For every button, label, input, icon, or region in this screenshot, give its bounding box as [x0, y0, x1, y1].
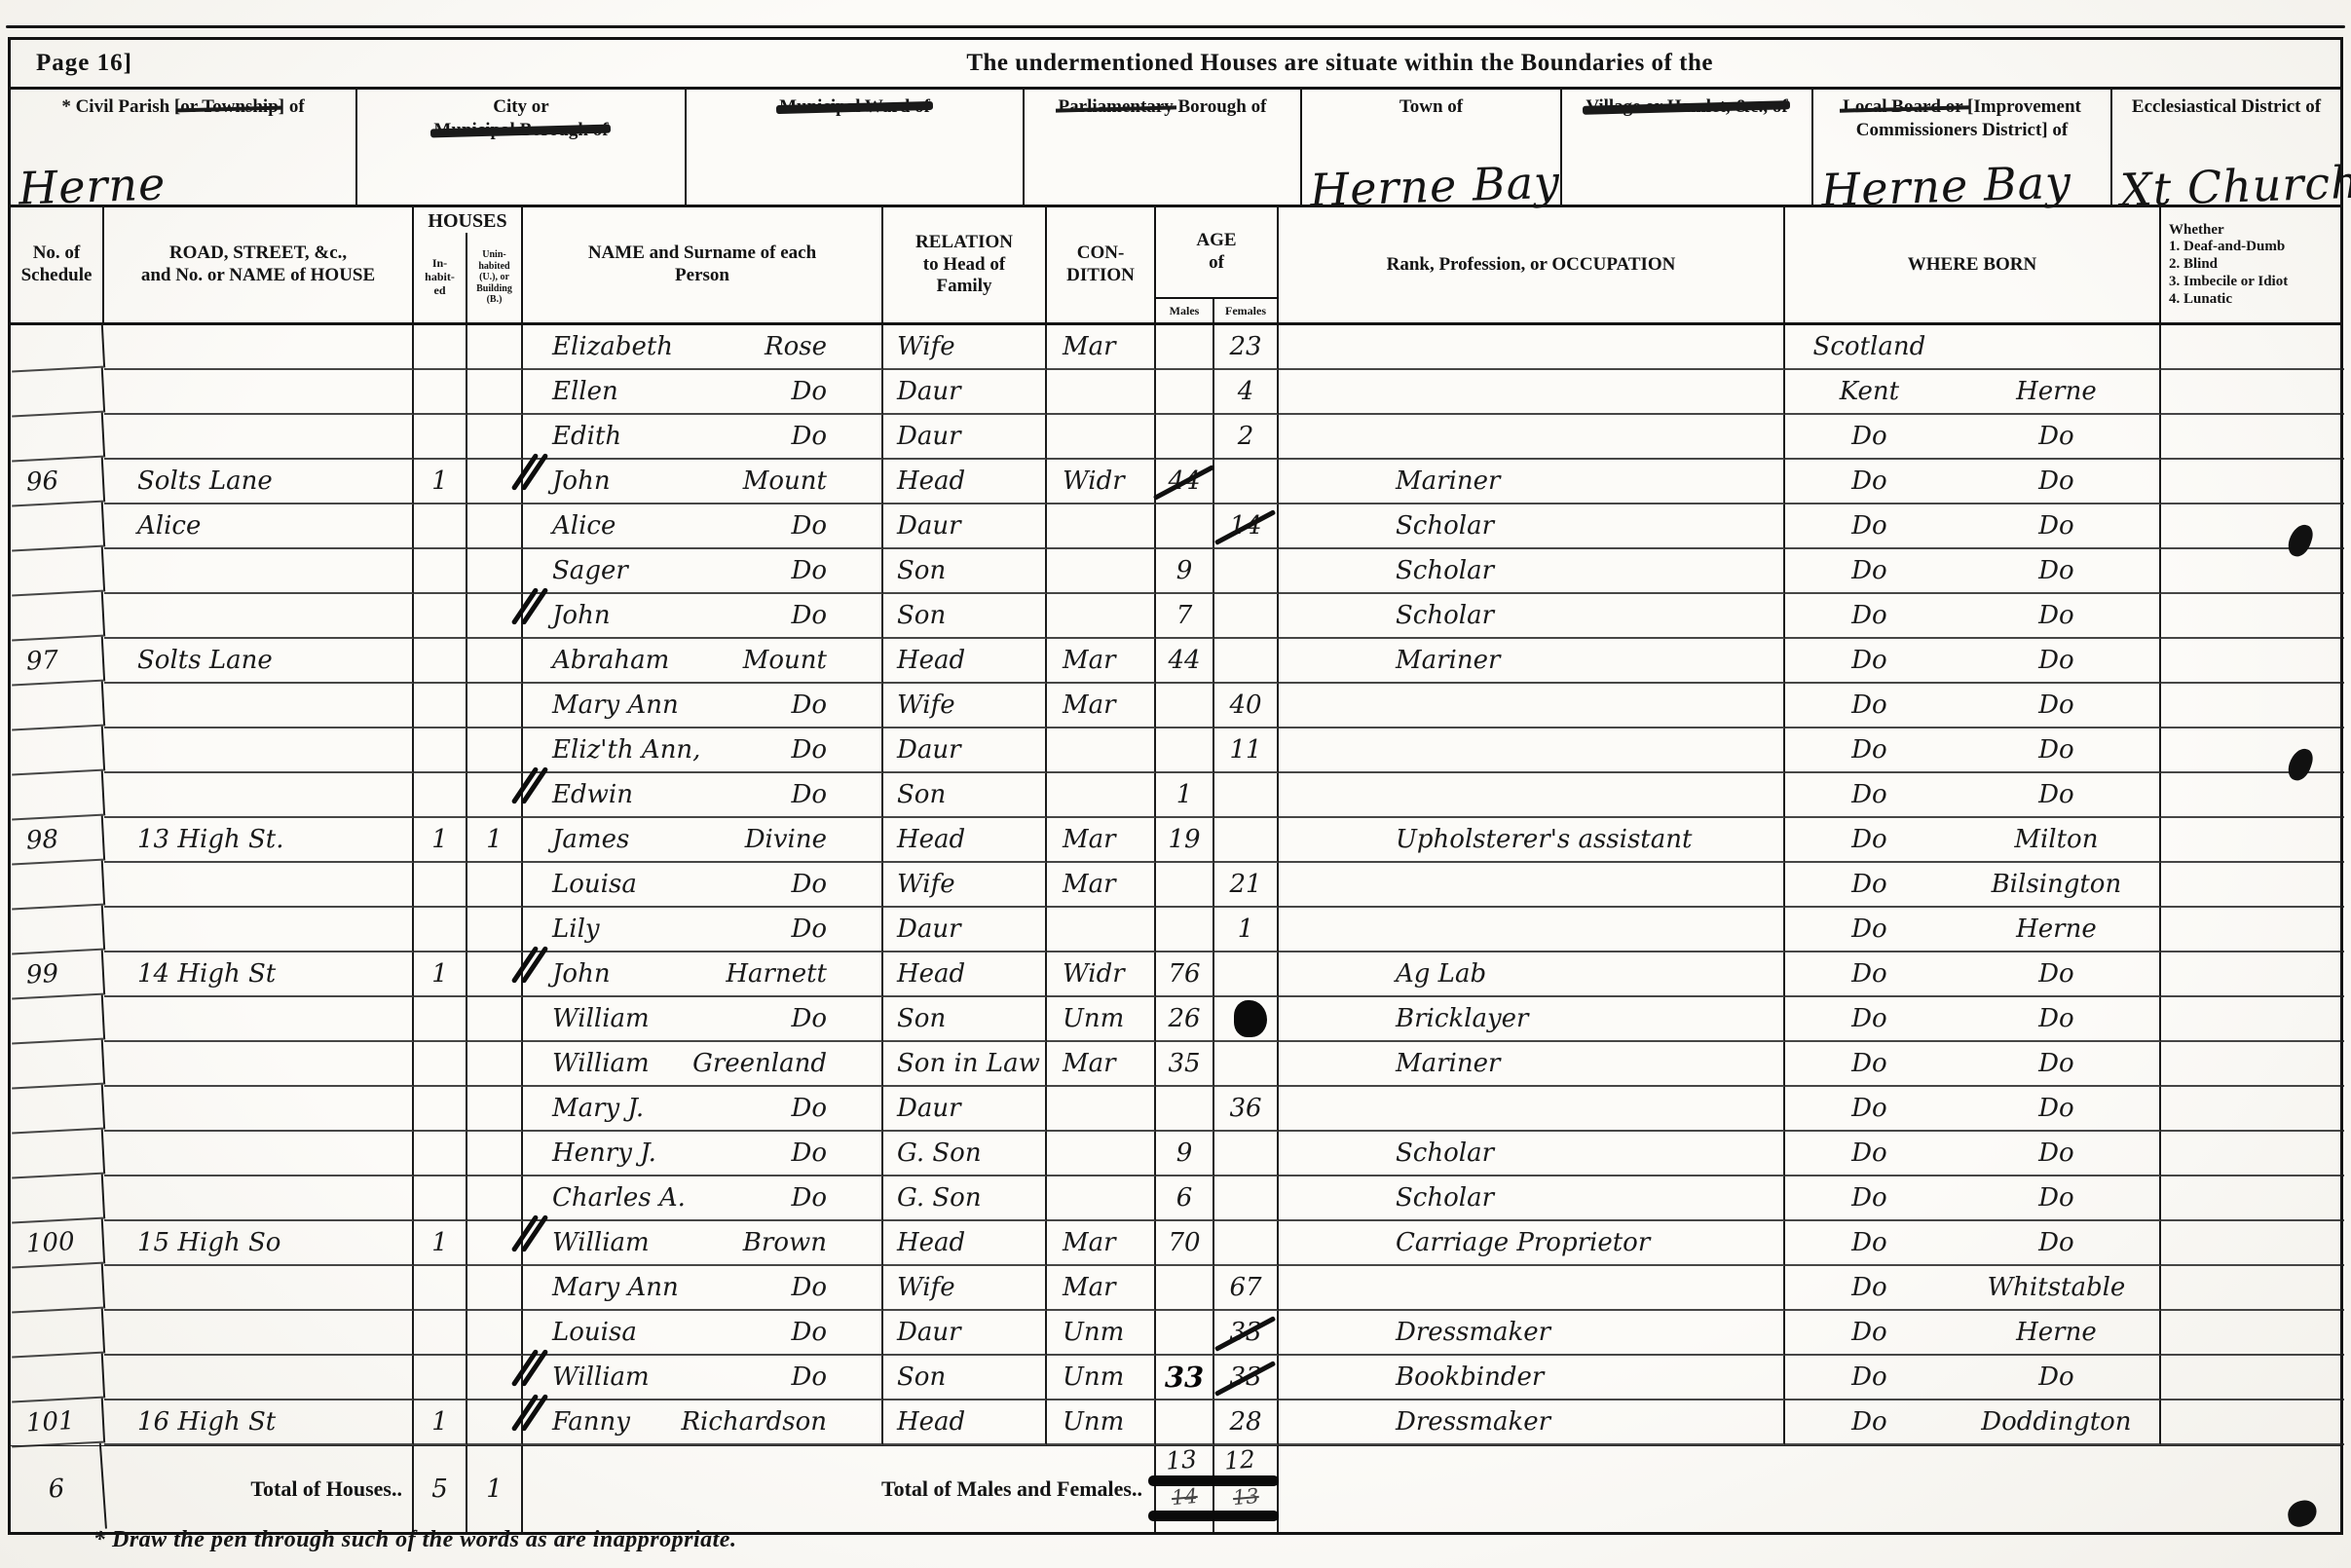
born-county: Do: [1785, 511, 1954, 541]
where-born: Do Herne: [1785, 1311, 2161, 1356]
table-row: 96 Solts Lane 1 John Mount Head Widr 44: [11, 460, 2340, 504]
born-county: Do: [1785, 422, 1954, 451]
page-number-label: Page 16]: [11, 50, 132, 77]
surname-or-ditto: Mount: [743, 467, 827, 496]
condition: [1047, 370, 1156, 415]
occupation: Mariner: [1279, 639, 1785, 684]
forename: William: [552, 1228, 650, 1257]
inhabited-mark: [414, 639, 467, 684]
table-row: Charles A. Do G. Son 6 Scholar Do Do: [11, 1176, 2340, 1221]
table-row: Mary Ann Do Wife Mar 67 Do Whitstable: [11, 1266, 2340, 1311]
table-row: 97 Solts Lane Abraham Mount Head Mar 44: [11, 639, 2340, 684]
road-name: [104, 415, 414, 460]
schedule-number: [10, 368, 105, 418]
relation-to-head: Son: [883, 1356, 1047, 1400]
age-females: 2: [1214, 415, 1279, 460]
schedule-number: [10, 413, 105, 463]
uninhabited-mark: [467, 1266, 523, 1311]
col-header-infirmities: Whether 1. Deaf-and-Dumb 2. Blind 3. Imb…: [2161, 207, 2344, 322]
person-name: Sager Do: [523, 549, 883, 594]
uninhabited-mark: [467, 1087, 523, 1132]
surname-or-ditto: Greenland: [692, 1049, 827, 1078]
inhabited-mark: [414, 1042, 467, 1087]
person-name: Eliz'th Ann, Do: [523, 728, 883, 773]
surname-or-ditto: Rose: [765, 332, 827, 361]
uninhabited-mark: [467, 325, 523, 370]
table-row: John Do Son 7 Scholar Do Do: [11, 594, 2340, 639]
occupation: Scholar: [1279, 594, 1785, 639]
total-houses-label: Total of Houses..: [104, 1446, 414, 1532]
age-females: [1214, 1221, 1279, 1266]
road-name: [104, 684, 414, 728]
inhabited-mark: [414, 773, 467, 818]
infirmities-cell: [2161, 1042, 2344, 1087]
forename: Mary J.: [552, 1094, 644, 1123]
schedule-number: [10, 1264, 105, 1314]
where-born: Do Milton: [1785, 818, 2161, 863]
condition: Mar: [1047, 1221, 1156, 1266]
where-born: Scotland: [1785, 325, 2161, 370]
uninhabited-mark: [467, 549, 523, 594]
inhabited-mark: [414, 997, 467, 1042]
person-name: William Do: [523, 1356, 883, 1400]
age-females: 33: [1214, 1356, 1279, 1400]
relation-to-head: G. Son: [883, 1132, 1047, 1176]
born-place: Do: [1954, 422, 2159, 451]
person-name: Mary Ann Do: [523, 684, 883, 728]
where-born: Do Do: [1785, 1356, 2161, 1400]
inhabited-mark: [414, 594, 467, 639]
uninhabited-mark: [467, 370, 523, 415]
uninhabited-mark: [467, 1400, 523, 1445]
improvement-district-value: Herne Bay: [1820, 156, 2072, 217]
road-name: 13 High St.: [104, 818, 414, 863]
born-place: Do: [1954, 1139, 2159, 1168]
inhabited-mark: [414, 684, 467, 728]
forename: Henry J.: [552, 1139, 656, 1168]
born-county: Do: [1785, 915, 1954, 944]
condition: Unm: [1047, 1311, 1156, 1356]
inhabited-mark: [414, 1356, 467, 1400]
infirmities-cell: [2161, 1266, 2344, 1311]
age-males: 70: [1156, 1221, 1214, 1266]
born-place: Herne: [1954, 1318, 2159, 1347]
occupation: [1279, 1087, 1785, 1132]
where-born: Kent Herne: [1785, 370, 2161, 415]
forename: Elizabeth: [552, 332, 673, 361]
schedule-number: 100: [10, 1219, 105, 1269]
table-row: William Do Son Unm 33 33 Bookbinder Do D…: [11, 1356, 2340, 1400]
header-field-village: Village or Hamlet, &c., of: [1562, 90, 1813, 205]
relation-to-head: Wife: [883, 684, 1047, 728]
condition: [1047, 504, 1156, 549]
person-name: William Greenland: [523, 1042, 883, 1087]
table-row: 98 13 High St. 1 1 James Divine Head Mar…: [11, 818, 2340, 863]
header-field-civil-parish: * Civil Parish [or Township] of Herne: [11, 90, 357, 205]
born-place: Whitstable: [1954, 1273, 2159, 1302]
col-header-condition: CON- DITION: [1047, 207, 1156, 322]
inhabited-mark: 1: [414, 460, 467, 504]
person-name: Edwin Do: [523, 773, 883, 818]
occupation: [1279, 1266, 1785, 1311]
relation-to-head: Head: [883, 1221, 1047, 1266]
surname-or-ditto: Do: [792, 556, 828, 585]
relation-to-head: Wife: [883, 1266, 1047, 1311]
infirmities-cell: [2161, 1400, 2344, 1445]
form-footnote: * Draw the pen through such of the words…: [93, 1527, 736, 1553]
relation-to-head: Head: [883, 460, 1047, 504]
condition: Mar: [1047, 684, 1156, 728]
surname-or-ditto: Do: [792, 1004, 828, 1033]
where-born: Do Bilsington: [1785, 863, 2161, 908]
schedule-number: [10, 727, 105, 776]
infirmities-cell: [2161, 1087, 2344, 1132]
born-county: Kent: [1785, 377, 1954, 406]
uninhabited-mark: [467, 773, 523, 818]
forename: Charles A.: [552, 1183, 686, 1213]
born-county: Do: [1785, 1318, 1954, 1347]
corner-ink-blot: [2286, 1498, 2320, 1529]
occupation: Scholar: [1279, 549, 1785, 594]
relation-to-head: Daur: [883, 415, 1047, 460]
condition: Unm: [1047, 1400, 1156, 1445]
inhabited-mark: [414, 504, 467, 549]
where-born: Do Do: [1785, 1132, 2161, 1176]
born-county: Do: [1785, 735, 1954, 765]
condition: [1047, 415, 1156, 460]
table-row: Mary Ann Do Wife Mar 40 Do Do: [11, 684, 2340, 728]
infirmities-cell: [2161, 952, 2344, 997]
uninhabited-mark: [467, 1176, 523, 1221]
table-row: William Greenland Son in Law Mar 35 Mari…: [11, 1042, 2340, 1087]
forename: Louisa: [552, 1318, 637, 1347]
forename: Eliz'th Ann,: [552, 735, 700, 765]
age-males: 9: [1156, 549, 1214, 594]
table-row: Lily Do Daur 1 Do Herne: [11, 908, 2340, 952]
born-place: Do: [1954, 511, 2159, 541]
table-row: Alice Alice Do Daur 14 Scholar: [11, 504, 2340, 549]
born-county: Do: [1785, 870, 1954, 899]
infirmities-cell: [2161, 773, 2344, 818]
road-name: [104, 728, 414, 773]
schedule-number: [10, 323, 105, 373]
age-females: 4: [1214, 370, 1279, 415]
occupation: Upholsterer's assistant: [1279, 818, 1785, 863]
person-name: Abraham Mount: [523, 639, 883, 684]
age-males: [1156, 415, 1214, 460]
person-name: Henry J. Do: [523, 1132, 883, 1176]
table-row: Ellen Do Daur 4 Kent Herne: [11, 370, 2340, 415]
condition: Mar: [1047, 325, 1156, 370]
relation-to-head: Daur: [883, 1087, 1047, 1132]
inhabited-mark: [414, 1266, 467, 1311]
schedule-number: [10, 1085, 105, 1135]
age-males: [1156, 863, 1214, 908]
age-females: [1214, 818, 1279, 863]
top-strip: Page 16] The undermentioned Houses are s…: [11, 40, 2340, 90]
infirmities-cell: [2161, 818, 2344, 863]
surname-or-ditto: Mount: [743, 646, 827, 675]
occupation: Carriage Proprietor: [1279, 1221, 1785, 1266]
relation-to-head: Wife: [883, 325, 1047, 370]
total-males: 13 14: [1156, 1446, 1214, 1532]
inhabited-mark: [414, 1132, 467, 1176]
table-row: Edwin Do Son 1 Do Do: [11, 773, 2340, 818]
col-header-where-born: WHERE BORN: [1785, 207, 2161, 322]
born-county: Do: [1785, 1094, 1954, 1123]
uninhabited-mark: [467, 952, 523, 997]
occupation: [1279, 325, 1785, 370]
age-females: [1214, 952, 1279, 997]
inhabited-mark: [414, 863, 467, 908]
age-males: 1: [1156, 773, 1214, 818]
person-name: Louisa Do: [523, 863, 883, 908]
uninhabited-mark: [467, 1132, 523, 1176]
born-place: Do: [1954, 646, 2159, 675]
header-field-improvement-district: Local Board or [ImprovementCommissioners…: [1813, 90, 2112, 205]
surname-or-ditto: Do: [792, 870, 828, 899]
occupation: [1279, 773, 1785, 818]
condition: Unm: [1047, 997, 1156, 1042]
age-males: [1156, 1266, 1214, 1311]
age-males: [1156, 1087, 1214, 1132]
surname-or-ditto: Do: [792, 1183, 828, 1213]
column-header-row: No. of Schedule ROAD, STREET, &c., and N…: [11, 207, 2340, 325]
schedule-number: [10, 592, 105, 642]
uninhabited-mark: [467, 1356, 523, 1400]
person-name: James Divine: [523, 818, 883, 863]
road-name: 16 High St: [104, 1400, 414, 1445]
person-name: John Mount: [523, 460, 883, 504]
infirmities-cell: [2161, 504, 2344, 549]
surname-or-ditto: Richardson: [681, 1407, 827, 1437]
uninhabited-mark: [467, 1221, 523, 1266]
uninhabited-mark: [467, 908, 523, 952]
col-header-houses: HOUSES In- habit- ed Unin- habited (U.),…: [414, 207, 523, 322]
age-males: 7: [1156, 594, 1214, 639]
condition: [1047, 594, 1156, 639]
age-females: [1214, 773, 1279, 818]
condition: [1047, 773, 1156, 818]
born-county: Do: [1785, 556, 1954, 585]
born-place: Do: [1954, 1183, 2159, 1213]
occupation: Bookbinder: [1279, 1356, 1785, 1400]
born-place: Herne: [1954, 915, 2159, 944]
age-females: [1214, 594, 1279, 639]
inhabited-mark: [414, 325, 467, 370]
person-name: Mary Ann Do: [523, 1266, 883, 1311]
inhabited-mark: [414, 1087, 467, 1132]
uninhabited-mark: [467, 1042, 523, 1087]
born-county: Do: [1785, 1183, 1954, 1213]
person-name: Fanny Richardson: [523, 1400, 883, 1445]
condition: Mar: [1047, 863, 1156, 908]
age-females: [1214, 997, 1279, 1042]
surname-or-ditto: Do: [792, 1094, 828, 1123]
road-name: [104, 549, 414, 594]
infirmities-cell: [2161, 863, 2344, 908]
relation-to-head: Wife: [883, 863, 1047, 908]
age-females: 23: [1214, 325, 1279, 370]
where-born: Do Do: [1785, 952, 2161, 997]
col-header-uninhabited: Unin- habited (U.), or Building (B.): [467, 233, 521, 322]
where-born: Do Do: [1785, 639, 2161, 684]
where-born: Do Doddington: [1785, 1400, 2161, 1445]
born-place: Do: [1954, 735, 2159, 765]
table-row: Sager Do Son 9 Scholar Do Do: [11, 549, 2340, 594]
born-county: Do: [1785, 1049, 1954, 1078]
table-row: Elizabeth Rose Wife Mar 23 Scotland: [11, 325, 2340, 370]
where-born: Do Do: [1785, 594, 2161, 639]
uninhabited-mark: [467, 997, 523, 1042]
total-uninhabited: 1: [467, 1446, 523, 1532]
born-county: Do: [1785, 1407, 1954, 1437]
age-males: 6: [1156, 1176, 1214, 1221]
schedule-number: [10, 995, 105, 1045]
col-header-schedule: No. of Schedule: [11, 207, 104, 322]
condition: [1047, 549, 1156, 594]
where-born: Do Herne: [1785, 908, 2161, 952]
occupation: [1279, 863, 1785, 908]
forename: Edwin: [552, 780, 633, 809]
relation-to-head: Head: [883, 639, 1047, 684]
surname-or-ditto: Harnett: [726, 959, 827, 989]
infirmities-cell: [2161, 1176, 2344, 1221]
road-name: [104, 594, 414, 639]
road-name: [104, 1042, 414, 1087]
person-name: Louisa Do: [523, 1311, 883, 1356]
occupation: Mariner: [1279, 460, 1785, 504]
top-rule: [6, 25, 2345, 28]
relation-to-head: Son in Law: [883, 1042, 1047, 1087]
relation-to-head: Son: [883, 773, 1047, 818]
road-name: [104, 863, 414, 908]
born-place: Do: [1954, 959, 2159, 989]
schedule-number: [10, 682, 105, 731]
born-county: Do: [1785, 959, 1954, 989]
total-females: 12 13: [1214, 1446, 1279, 1532]
born-county: Do: [1785, 1004, 1954, 1033]
born-county: Do: [1785, 691, 1954, 720]
inhabited-mark: 1: [414, 818, 467, 863]
inhabited-mark: 1: [414, 1221, 467, 1266]
age-females: [1214, 549, 1279, 594]
table-row: 99 14 High St 1 John Harnett Head Widr 7…: [11, 952, 2340, 997]
infirmities-cell: [2161, 370, 2344, 415]
where-born: Do Do: [1785, 460, 2161, 504]
age-males: 35: [1156, 1042, 1214, 1087]
born-county: Do: [1785, 1273, 1954, 1302]
col-header-males: Males: [1156, 299, 1214, 322]
where-born: Do Do: [1785, 1221, 2161, 1266]
forename: John: [552, 601, 611, 630]
surname-or-ditto: Do: [792, 915, 828, 944]
surname-or-ditto: Do: [792, 377, 828, 406]
born-county: Do: [1785, 1363, 1954, 1392]
age-females: 33: [1214, 1311, 1279, 1356]
uninhabited-mark: [467, 1311, 523, 1356]
road-name: 14 High St: [104, 952, 414, 997]
col-header-occupation: Rank, Profession, or OCCUPATION: [1279, 207, 1785, 322]
where-born: Do Do: [1785, 549, 2161, 594]
road-name: [104, 1132, 414, 1176]
person-name: John Do: [523, 594, 883, 639]
born-county: Do: [1785, 780, 1954, 809]
col-header-road: ROAD, STREET, &c., and No. or NAME of HO…: [104, 207, 414, 322]
born-place: Do: [1954, 1004, 2159, 1033]
forename: Edith: [552, 422, 621, 451]
occupation: Dressmaker: [1279, 1311, 1785, 1356]
occupation: Scholar: [1279, 504, 1785, 549]
forename: John: [552, 959, 611, 989]
uninhabited-mark: [467, 863, 523, 908]
inhabited-mark: [414, 549, 467, 594]
uninhabited-mark: [467, 594, 523, 639]
forename: William: [552, 1363, 650, 1392]
forename: William: [552, 1004, 650, 1033]
surname-or-ditto: Do: [792, 1139, 828, 1168]
surname-or-ditto: Divine: [745, 825, 827, 854]
col-header-inhabited: In- habit- ed: [414, 233, 467, 322]
condition: [1047, 1176, 1156, 1221]
age-males: [1156, 684, 1214, 728]
strike-bar: [1148, 1511, 1213, 1521]
table-row: Mary J. Do Daur 36 Do Do: [11, 1087, 2340, 1132]
born-place: Do: [1954, 601, 2159, 630]
age-males: 33: [1156, 1356, 1214, 1400]
uninhabited-mark: 1: [467, 818, 523, 863]
age-females: 14: [1214, 504, 1279, 549]
col-header-name: NAME and Surname of each Person: [523, 207, 883, 322]
occupation: Scholar: [1279, 1132, 1785, 1176]
surname-or-ditto: Do: [792, 1318, 828, 1347]
forename: Sager: [552, 556, 628, 585]
surname-or-ditto: Do: [792, 1363, 828, 1392]
infirmities-cell: [2161, 594, 2344, 639]
uninhabited-mark: [467, 639, 523, 684]
condition: Mar: [1047, 818, 1156, 863]
born-place: Do: [1954, 1094, 2159, 1123]
road-name: 15 High So: [104, 1221, 414, 1266]
forename: Fanny: [552, 1407, 630, 1437]
occupation: Mariner: [1279, 1042, 1785, 1087]
age-females: 67: [1214, 1266, 1279, 1311]
relation-to-head: Head: [883, 818, 1047, 863]
inhabited-mark: 1: [414, 952, 467, 997]
schedule-number: [10, 1130, 105, 1179]
age-males: 26: [1156, 997, 1214, 1042]
infirmities-cell: [2161, 415, 2344, 460]
relation-to-head: Daur: [883, 728, 1047, 773]
infirmities-cell: [2161, 728, 2344, 773]
uninhabited-mark: [467, 460, 523, 504]
born-place: Do: [1954, 467, 2159, 496]
where-born: Do Do: [1785, 504, 2161, 549]
relation-to-head: Son: [883, 997, 1047, 1042]
road-name: [104, 325, 414, 370]
infirmities-cell: [2161, 549, 2344, 594]
age-males: 19: [1156, 818, 1214, 863]
census-form: Page 16] The undermentioned Houses are s…: [8, 37, 2343, 1535]
person-name: Mary J. Do: [523, 1087, 883, 1132]
forename: Louisa: [552, 870, 637, 899]
age-males: [1156, 908, 1214, 952]
where-born: Do Whitstable: [1785, 1266, 2161, 1311]
where-born: Do Do: [1785, 415, 2161, 460]
born-place: Doddington: [1954, 1407, 2159, 1437]
schedule-number: [10, 1354, 105, 1403]
born-place: Do: [1954, 556, 2159, 585]
